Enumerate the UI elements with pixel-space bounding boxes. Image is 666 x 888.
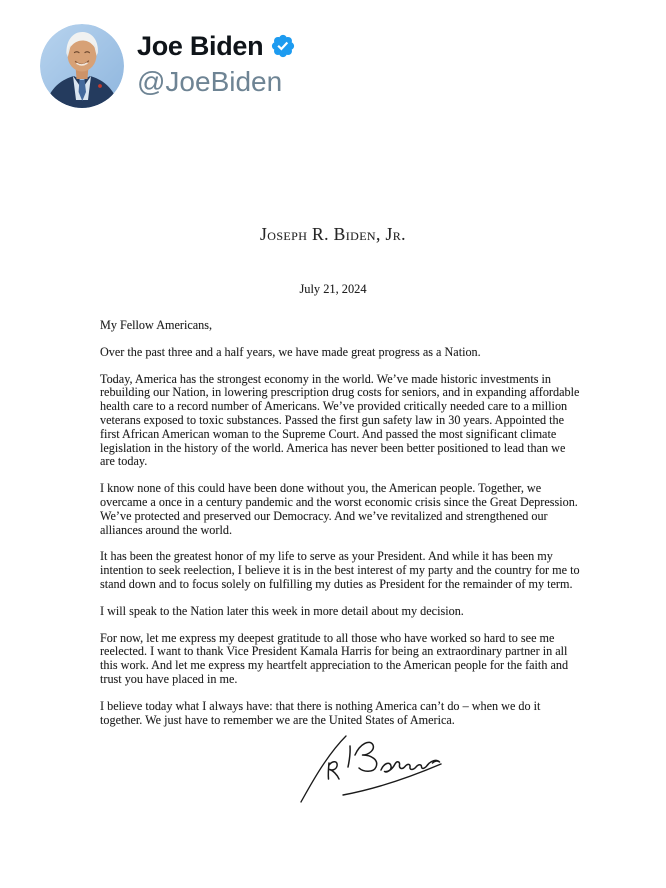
verified-badge-icon <box>270 33 296 59</box>
letter-body: My Fellow Americans, Over the past three… <box>100 319 580 740</box>
avatar[interactable] <box>40 24 124 108</box>
display-name[interactable]: Joe Biden <box>137 31 263 61</box>
salutation: My Fellow Americans, <box>100 319 580 333</box>
letter-date: July 21, 2024 <box>97 282 569 297</box>
user-identity: Joe Biden @JoeBiden <box>137 31 296 98</box>
letter-image[interactable]: Joseph R. Biden, Jr. July 21, 2024 My Fe… <box>0 130 666 888</box>
letter-paragraph: I will speak to the Nation later this we… <box>100 605 580 619</box>
letter-paragraph: I know none of this could have been done… <box>100 482 580 537</box>
letterhead: Joseph R. Biden, Jr. <box>97 224 569 245</box>
letter-paragraph: It has been the greatest honor of my lif… <box>100 550 580 591</box>
letter-paragraph: I believe today what I always have: that… <box>100 700 580 728</box>
joe-biden-signature-icon <box>288 734 503 824</box>
tweet-screenshot: Joe Biden @JoeBiden Joseph R. Biden, Jr.… <box>0 0 666 888</box>
user-handle[interactable]: @JoeBiden <box>137 66 296 98</box>
letter-paragraph: For now, let me express my deepest grati… <box>100 632 580 687</box>
letter-paragraph: Over the past three and a half years, we… <box>100 346 580 360</box>
letter-paragraph: Today, America has the strongest economy… <box>100 373 580 470</box>
joe-biden-avatar-image <box>40 24 124 108</box>
